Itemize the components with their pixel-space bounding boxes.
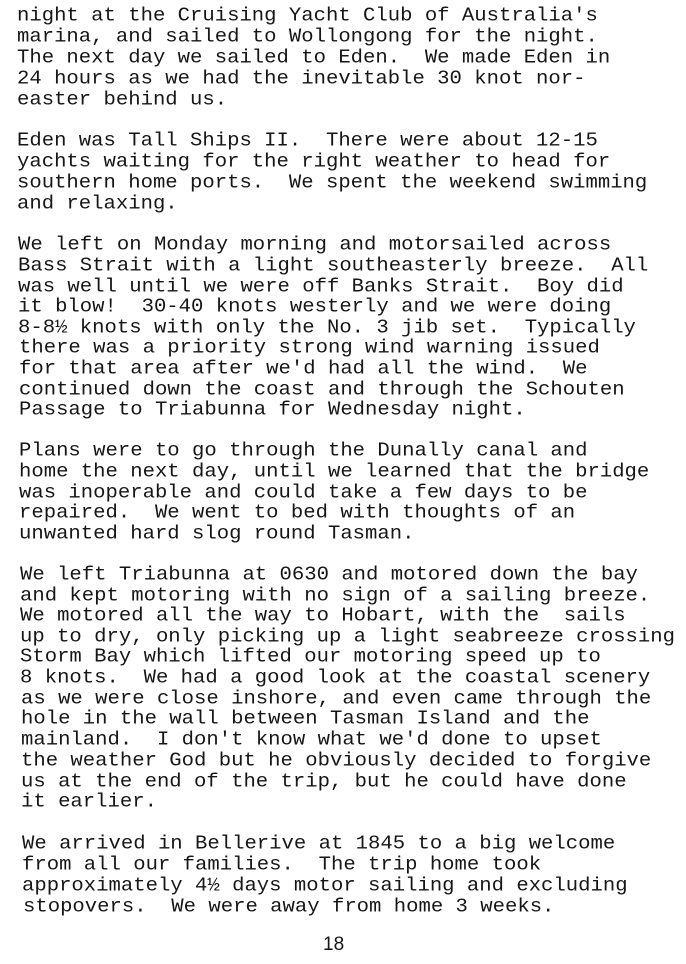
text-line: home the next day, until we learned that… — [19, 462, 649, 483]
text-line: it earlier. — [21, 792, 157, 813]
text-line: the weather God but he obviously decided… — [21, 751, 651, 772]
text-line: there was a priority strong wind warning… — [19, 338, 600, 359]
text-line: southern home ports. We spent the weeken… — [17, 173, 647, 194]
text-line: Bass Strait with a light southeasterly b… — [18, 256, 648, 277]
text-line: We left on Monday morning and motorsaile… — [18, 235, 611, 256]
text-line: from all our families. The trip home too… — [22, 855, 541, 876]
text-line: marina, and sailed to Wollongong for the… — [17, 27, 598, 48]
text-line: 8-8½ knots with only the No. 3 jib set. … — [18, 318, 636, 339]
text-line: mainland. I don't know what we'd done to… — [21, 730, 602, 751]
text-line: stopovers. We were away from home 3 week… — [23, 897, 554, 918]
document-page: night at the Cruising Yacht Club of Aust… — [0, 0, 686, 964]
text-line: was inoperable and could take a few days… — [19, 483, 587, 504]
text-line: The next day we sailed to Eden. We made … — [17, 48, 610, 69]
text-line: us at the end of the trip, but he could … — [21, 772, 627, 793]
text-line: as we were close inshore, and even came … — [21, 689, 651, 710]
text-line: Passage to Triabunna for Wednesday night… — [19, 400, 526, 421]
text-line: for that area after we'd had all the win… — [19, 359, 587, 380]
text-line: 24 hours as we had the inevitable 30 kno… — [17, 69, 585, 90]
text-line: We left Triabunna at 0630 and motored do… — [20, 565, 638, 586]
text-line: it blow! 30-40 knots westerly and we wer… — [18, 297, 611, 318]
text-line: repaired. We went to bed with thoughts o… — [19, 503, 575, 524]
text-line: We motored all the way to Hobart, with t… — [20, 606, 626, 627]
text-line: night at the Cruising Yacht Club of Aust… — [17, 6, 598, 27]
page-number: 18 — [323, 934, 344, 956]
text-line: was well until we were off Banks Strait.… — [18, 277, 624, 298]
text-line: Storm Bay which lifted our motoring spee… — [20, 647, 601, 668]
text-line: yachts waiting for the right weather to … — [17, 152, 610, 173]
text-line: unwanted hard slog round Tasman. — [19, 524, 414, 545]
text-line: Plans were to go through the Dunally can… — [19, 441, 587, 462]
text-line: and kept motoring with no sign of a sail… — [20, 586, 650, 607]
text-line: and relaxing. — [17, 194, 178, 215]
text-line: 8 knots. We had a good look at the coast… — [20, 668, 650, 689]
text-line: We arrived in Bellerive at 1845 to a big… — [22, 834, 615, 855]
text-line: Eden was Tall Ships II. There were about… — [17, 131, 598, 152]
text-line: easter behind us. — [17, 90, 227, 111]
text-line: approximately 4½ days motor sailing and … — [22, 876, 628, 897]
text-line: up to dry, only picking up a light seabr… — [20, 627, 675, 648]
text-line: hole in the wall between Tasman Island a… — [21, 709, 589, 730]
text-line: continued down the coast and through the… — [19, 380, 625, 401]
